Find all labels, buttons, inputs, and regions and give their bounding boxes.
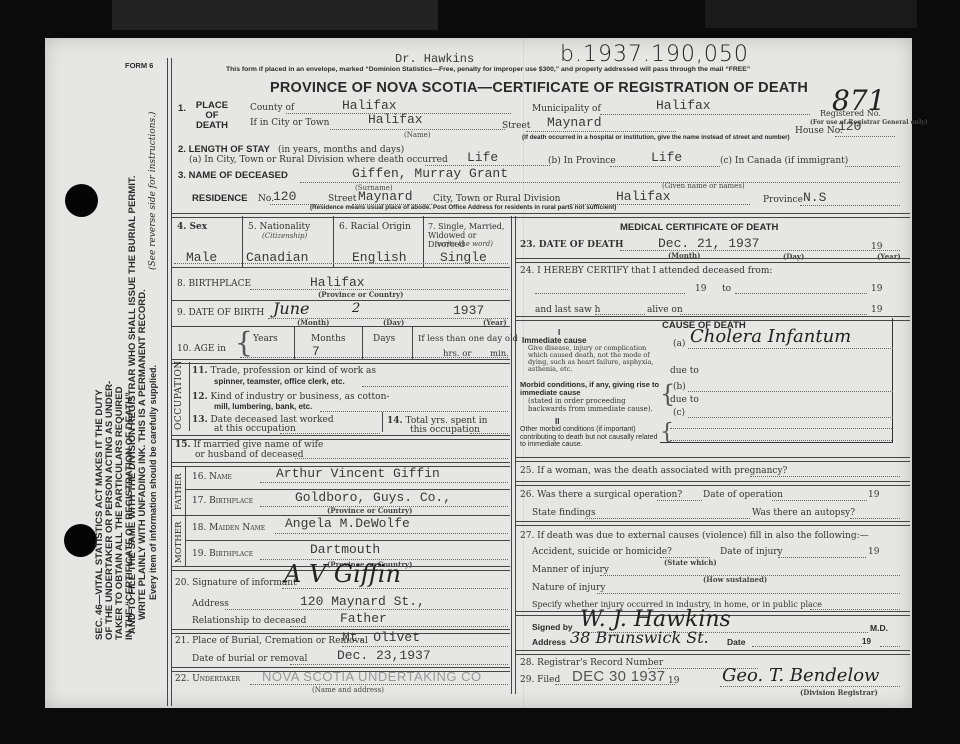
see-reverse-note: (See reverse side for instructions.) [148, 112, 158, 270]
nationality-sublabel: (Citizenship) [262, 232, 307, 240]
physician-date-label: Date [727, 637, 745, 647]
residence-province-value[interactable]: N.S [803, 190, 826, 205]
division-registrar-signature[interactable]: Geo. T. Bendelow [722, 665, 879, 686]
filed-date-stamp: DEC 30 1937 [572, 668, 665, 685]
birthplace-caption: (Province or Country) [318, 290, 403, 299]
scan-border-top-left [112, 0, 438, 30]
birthplace-value[interactable]: Halifax [310, 275, 365, 290]
column-divider [511, 216, 516, 694]
age-years-label: Years [253, 334, 278, 344]
sec46-line-6: WRITE PLAINLY WITH UNFADING INK. THIS IS… [137, 289, 148, 620]
mother-name-value[interactable]: Angela M.DeWolfe [285, 516, 410, 531]
state-findings-label: State findings [532, 508, 596, 518]
sex-value[interactable]: Male [186, 250, 217, 265]
registrar-general-note: (For use of Registrar General only) [810, 119, 928, 126]
age-months-label: Months [311, 334, 345, 344]
md-label: M.D. [870, 623, 888, 633]
father-birthplace-value[interactable]: Goldboro, Guys. Co., [295, 490, 451, 505]
morbid-conditions-label: Morbid conditions, if any, giving rise t… [520, 381, 660, 397]
street-value[interactable]: Maynard [547, 115, 602, 130]
father-name-label: 16. Name [192, 472, 232, 482]
stay-city-label: (a) In City, Town or Rural Division wher… [189, 155, 448, 165]
cause-a-label: (a) [673, 339, 685, 349]
punch-hole-bottom [64, 524, 97, 557]
certificate-title: PROVINCE OF NOVA SCOTIA—CERTIFICATE OF R… [270, 80, 808, 96]
envelope-notice: This form if placed in an envelope, mark… [226, 66, 750, 73]
injury-date-label: Date of injury [720, 547, 783, 557]
death-year-prefix: 19 [871, 242, 882, 252]
dob-month-value[interactable]: June [273, 299, 310, 318]
street-label: Street [502, 121, 530, 131]
alive-on-19: 19 [871, 305, 882, 315]
handwritten-doctor-note: Dr. Hawkins [395, 52, 474, 66]
informant-signature-label: 20. Signature of informant [175, 578, 297, 588]
county-label: County of [250, 103, 294, 113]
morbid-conditions-desc: (stated in order proceeding backwards fr… [528, 398, 656, 413]
accident-label: Accident, suicide or homicide? [532, 547, 672, 557]
house-no-value[interactable]: 120 [838, 119, 861, 134]
alive-on-label: alive on [647, 305, 683, 315]
q12-examples: mill, lumbering, bank, etc. [214, 402, 312, 411]
dob-label: 9. DATE OF BIRTH [177, 308, 264, 318]
stay-province-label: (b) In Province [548, 156, 616, 166]
surgical-operation-question: 26. Was there a surgical operation? [520, 490, 682, 500]
place-of-death-label: PLACE OF DEATH [192, 101, 232, 131]
occupation-side-label: OCCUPATION [174, 360, 184, 430]
deceased-name-label: 3. NAME OF DECEASED [178, 170, 288, 181]
municipality-value[interactable]: Halifax [656, 98, 711, 113]
county-value[interactable]: Halifax [342, 98, 397, 113]
q11-label: 11. Trade, profession or kind of work as [192, 366, 376, 376]
q12-label: 12. Kind of industry or business, as cot… [192, 392, 389, 402]
burial-place-label: 21. Place of Burial, Cremation or Remova… [175, 636, 368, 646]
dob-day-value[interactable]: 2 [352, 301, 360, 316]
father-side-label: FATHER [174, 473, 184, 510]
house-no-label: House No. [795, 126, 843, 136]
undertaker-caption: (Name and address) [312, 686, 384, 694]
date-of-death-label: 23. DATE OF DEATH [520, 240, 624, 250]
length-of-stay-label: 2. LENGTH OF STAY [178, 144, 270, 155]
residence-note: (Residence means usual place of abode. P… [310, 204, 616, 211]
less-than-day-label: If less than one day old [418, 334, 518, 344]
residence-label: RESIDENCE [192, 193, 247, 204]
mother-birthplace-label: 19. Birthplace [192, 549, 253, 559]
margin-rule [167, 58, 172, 706]
physician-address-value[interactable]: 38 Brunswick St. [570, 628, 709, 647]
roman-numeral-2: II [555, 417, 559, 426]
residence-province-label: Province [763, 195, 803, 205]
undertaker-label: 22. Undertaker [175, 674, 240, 684]
handwritten-file-number: b.1937.190,050 [560, 42, 749, 67]
relationship-value[interactable]: Father [340, 611, 387, 626]
signed-by-label: Signed by [532, 622, 573, 632]
attended-from-19: 19 [695, 284, 706, 294]
registrar-record-number-label: 28. Registrar's Record Number [520, 658, 663, 668]
form-number: FORM 6 [125, 61, 153, 70]
physician-address-label: Address [532, 637, 566, 647]
mother-birthplace-value[interactable]: Dartmouth [310, 542, 380, 557]
physician-date-19: 19 [862, 637, 871, 646]
birthplace-label: 8. BIRTHPLACE [177, 279, 251, 289]
hospital-note: (If death occurred in a hospital or inst… [522, 134, 790, 141]
q11-examples: spinner, teamster, office clerk, etc. [214, 377, 345, 386]
q15-sublabel: or husband of deceased [195, 450, 303, 460]
age-label: 10. AGE in [177, 344, 226, 354]
name-caption: (Name) [404, 131, 431, 139]
cause-c-label: (c) [673, 408, 685, 418]
informant-signature[interactable]: A V Giffin [284, 560, 401, 588]
burial-date-label: Date of burial or removal [192, 654, 307, 664]
stay-city-value[interactable]: Life [467, 150, 498, 165]
section-rule-top [172, 213, 910, 218]
how-sustained-caption: (How sustained) [703, 575, 767, 584]
burial-place-value[interactable]: Mt. Olivet [342, 630, 420, 645]
scan-border-top-right [705, 0, 917, 28]
residence-no-value[interactable]: 120 [273, 189, 296, 204]
residence-city-label: City, Town or Rural Division [433, 194, 560, 204]
mother-name-label: 18. Maiden Name [192, 523, 265, 533]
nationality-label: 5. Nationality [248, 222, 310, 232]
attended-to-19: 19 [871, 284, 882, 294]
nature-of-injury-label: Nature of injury [532, 583, 605, 593]
q1-number: 1. [178, 103, 186, 114]
deceased-name-value[interactable]: Giffen, Murray Grant [352, 166, 508, 181]
father-birthplace-caption: (Province or Country) [327, 506, 412, 515]
sex-label: 4. Sex [177, 222, 207, 232]
undertaker-value[interactable]: NOVA SCOTIA UNDERTAKING CO [262, 669, 482, 684]
other-morbid-label: Other morbid conditions (if important) c… [520, 426, 660, 449]
pregnancy-question: 25. If a woman, was the death associated… [520, 466, 787, 476]
certify-label: 24. I HEREBY CERTIFY that I attended dec… [520, 266, 772, 276]
cause-a-value[interactable]: Cholera Infantum [690, 326, 851, 347]
residence-street-value[interactable]: Maynard [358, 189, 413, 204]
immediate-cause-desc: Give disease, injury or complication whi… [528, 345, 656, 373]
date-of-death-value[interactable]: Dec. 21, 1937 [658, 236, 759, 251]
length-of-stay-sublabel: (in years, months and days) [278, 145, 404, 155]
given-name-caption: (Given name or names) [662, 182, 745, 190]
filed-19: 19 [668, 676, 679, 686]
cause-b-label: (b) [673, 382, 686, 392]
q15-label: 15. If married give name of wife [175, 440, 323, 450]
operation-date-19: 19 [868, 490, 879, 500]
father-name-value[interactable]: Arthur Vincent Giffin [276, 466, 440, 481]
municipality-label: Municipality of [532, 104, 601, 114]
registered-no-label: Registered No. [820, 109, 881, 118]
informant-address-value[interactable]: 120 Maynard St., [300, 594, 425, 609]
mother-side-label: MOTHER [174, 522, 184, 563]
residence-city-value[interactable]: Halifax [616, 189, 671, 204]
manner-of-injury-label: Manner of injury [532, 565, 609, 575]
stay-province-value[interactable]: Life [651, 150, 682, 165]
division-registrar-caption: (Division Registrar) [800, 688, 878, 697]
informant-address-label: Address [192, 599, 229, 609]
stay-canada-label: (c) In Canada (if immigrant) [720, 156, 848, 166]
father-birthplace-label: 17. Birthplace [192, 496, 253, 506]
racial-origin-label: 6. Racial Origin [339, 222, 411, 232]
dob-year-value[interactable]: 1937 [453, 303, 484, 318]
state-which-caption: (State which) [664, 558, 717, 567]
burial-date-value[interactable]: Dec. 23,1937 [337, 648, 431, 663]
marital-sublabel: (write the word) [435, 240, 493, 248]
injury-date-19: 19 [868, 547, 879, 557]
marital-value[interactable]: Single [440, 250, 487, 265]
city-town-label: If in City or Town [250, 118, 329, 128]
age-days-label: Days [373, 334, 395, 344]
medical-certificate-heading: MEDICAL CERTIFICATE OF DEATH [620, 222, 778, 233]
operation-date-label: Date of operation [703, 490, 783, 500]
external-causes-label: 27. If death was due to external causes … [520, 531, 869, 541]
racial-origin-value[interactable]: English [352, 250, 407, 265]
relationship-label: Relationship to deceased [192, 616, 306, 626]
attended-to-label: to [722, 284, 731, 294]
last-saw-label: and last saw h [535, 305, 600, 315]
autopsy-question: Was there an autopsy? [752, 508, 855, 518]
city-value[interactable]: Halifax [368, 112, 423, 127]
residence-street-label: Street [328, 194, 356, 204]
nationality-value[interactable]: Canadian [246, 250, 308, 265]
sec46-line-7: Every item of information should be care… [148, 365, 158, 600]
due-to-2: due to [670, 395, 699, 405]
residence-no-label: No. [258, 194, 274, 204]
due-to-1: due to [670, 366, 699, 376]
